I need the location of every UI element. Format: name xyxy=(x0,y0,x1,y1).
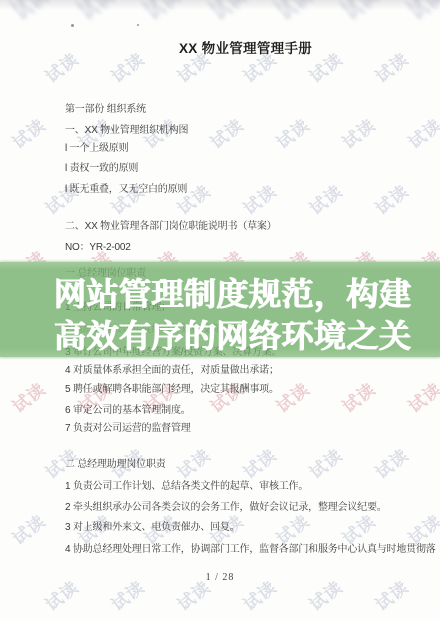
trial-read-watermark: 试读 xyxy=(369,442,413,484)
trial-read-watermark: 试读 xyxy=(435,442,440,484)
trial-read-watermark: 试读 xyxy=(303,442,347,484)
banner-headline-line2: 高效有序的网络环境之关 xyxy=(54,311,412,357)
toc-bullet-1: l 一个上级原则 xyxy=(65,139,128,154)
doc-number: NO：YR-2-002 xyxy=(65,238,131,253)
trial-read-watermark: 试读 xyxy=(6,508,50,550)
ink-speck xyxy=(71,24,74,27)
trial-read-watermark: 试读 xyxy=(134,0,185,26)
trial-read-watermark: 试读 xyxy=(6,376,50,418)
toc-item1: 一、XX 物业管理组织机构图 xyxy=(65,121,188,136)
trial-read-watermark: 试读 xyxy=(435,178,440,220)
trial-read-watermark: 试读 xyxy=(105,46,149,88)
gm-duty-7: 7 负责对公司运营的监督管理 xyxy=(65,419,191,434)
trial-read-watermark: 试读 xyxy=(303,178,347,220)
toc-bullet-3: l 既无重叠，又无空白的原则 xyxy=(65,180,187,195)
page-number: 1 / 28 xyxy=(0,572,440,583)
banner-headline-line1: 网站管理制度规范，构建 xyxy=(54,269,412,315)
scan-edge-shading xyxy=(0,0,440,10)
document-title: XX 物业管理管理手册 xyxy=(179,37,312,57)
trial-read-watermark: 试读 xyxy=(398,0,440,26)
assistant-duties-heading: 二 总经理助理岗位职责 xyxy=(65,455,166,470)
trial-read-watermark: 试读 xyxy=(2,0,53,26)
trial-read-watermark: 试读 xyxy=(402,376,440,418)
trial-read-watermark: 试读 xyxy=(39,46,83,88)
gm-duty-6: 6 审定公司的基本管理制度。 xyxy=(65,401,191,416)
trial-read-watermark: 试读 xyxy=(270,112,314,154)
trial-read-watermark: 试读 xyxy=(237,178,281,220)
trial-read-watermark: 试读 xyxy=(266,0,317,26)
trial-read-watermark: 试读 xyxy=(332,0,383,26)
trial-read-watermark: 试读 xyxy=(68,0,119,26)
ink-speck xyxy=(137,24,139,26)
trial-read-watermark: 试读 xyxy=(435,46,440,88)
trial-read-watermark: 试读 xyxy=(369,46,413,88)
trial-read-watermark: 试读 xyxy=(369,178,413,220)
trial-read-watermark: 试读 xyxy=(200,0,251,26)
assistant-duty-2: 2 牵头组织承办公司各类会议的会务工作，做好会议记录，整理会议纪要。 xyxy=(65,498,387,513)
toc-item2: 二、XX 物业管理各部门岗位职能说明书（草案） xyxy=(65,217,277,232)
trial-read-watermark: 试读 xyxy=(6,112,50,154)
assistant-duty-3: 3 对上级和外来文、电负责催办、回复。 xyxy=(65,518,240,533)
assistant-duty-1: 1 负责公司工作计划、总结各类文件的起草、审核工作。 xyxy=(65,477,308,492)
assistant-duty-4: 4 协助总经理处理日常工作，协调部门工作，监督各部门和服务中心认真与时地贯彻落 xyxy=(65,540,436,555)
trial-read-watermark: 试读 xyxy=(336,112,380,154)
trial-read-watermark: 试读 xyxy=(336,376,380,418)
gm-duty-5: 5 聘任或解聘各职能部门经理，决定其报酬事项。 xyxy=(65,380,279,395)
document-page: 试读试读试读试读试读试读试读试读试读试读试读试读试读试读试读试读试读试读试读试读… xyxy=(0,0,440,620)
toc-part1: 第一部份 组织系统 xyxy=(65,100,146,115)
trial-read-watermark: 试读 xyxy=(204,112,248,154)
toc-bullet-2: l 责权一致的原则 xyxy=(65,159,138,174)
trial-read-watermark: 试读 xyxy=(402,112,440,154)
gm-duty-4: 4 对质量体系承担全面的责任，对质量做出承诺； xyxy=(65,361,279,376)
